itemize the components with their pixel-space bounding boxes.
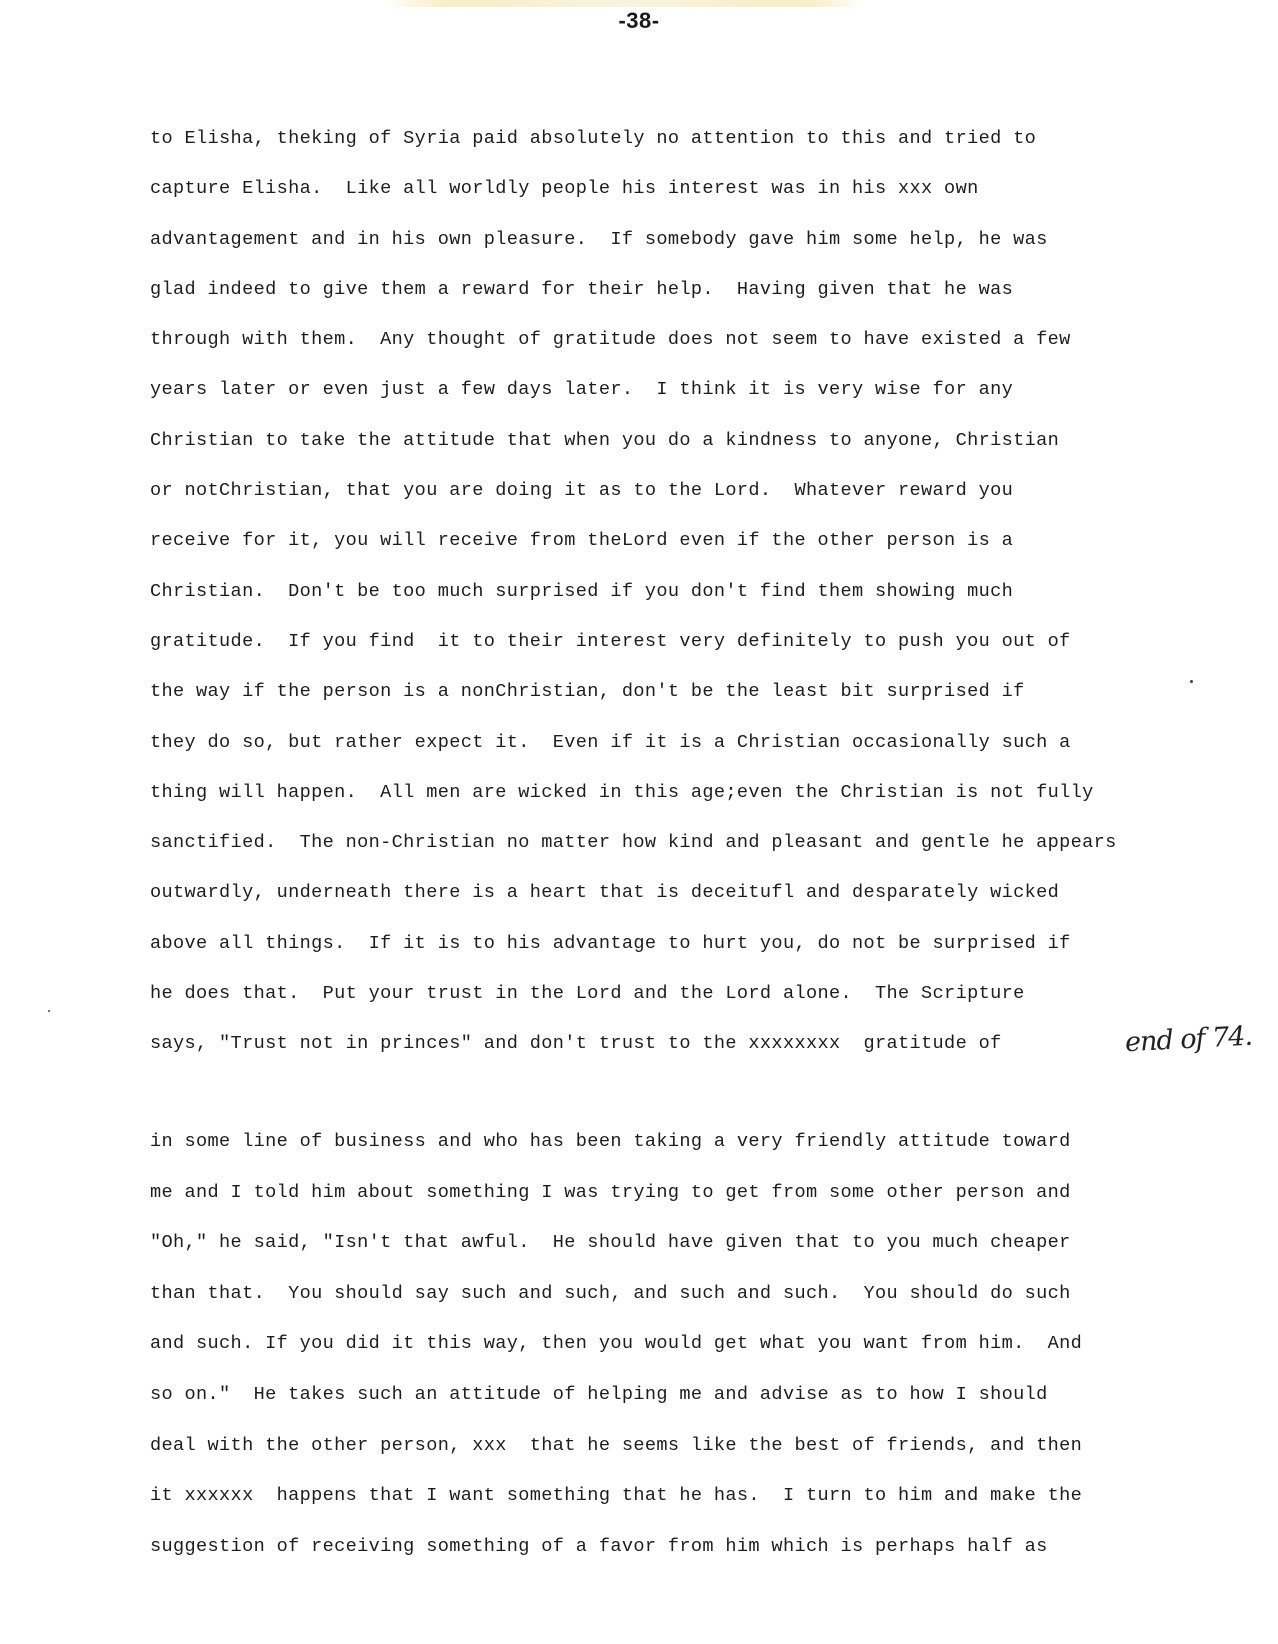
text-line: it xxxxxx happens that I want something … — [150, 1485, 1210, 1536]
scan-speck — [1190, 680, 1193, 683]
text-line: receive for it, you will receive from th… — [150, 530, 1210, 580]
text-line: outwardly, underneath there is a heart t… — [150, 882, 1210, 932]
text-line: suggestion of receiving something of a f… — [150, 1536, 1210, 1587]
scan-speck — [48, 1010, 50, 1012]
text-line: in some line of business and who has bee… — [150, 1131, 1210, 1182]
text-line: thing will happen. All men are wicked in… — [150, 782, 1210, 832]
text-line: or notChristian, that you are doing it a… — [150, 480, 1210, 530]
text-line: capture Elisha. Like all worldly people … — [150, 178, 1210, 228]
text-line: advantagement and in his own pleasure. I… — [150, 229, 1210, 279]
text-line: "Oh," he said, "Isn't that awful. He sho… — [150, 1232, 1210, 1283]
text-line: he does that. Put your trust in the Lord… — [150, 983, 1210, 1033]
text-line: sanctified. The non-Christian no matter … — [150, 832, 1210, 882]
text-block-2: in some line of business and who has bee… — [150, 1131, 1210, 1586]
text-line: than that. You should say such and such,… — [150, 1283, 1210, 1334]
text-line: they do so, but rather expect it. Even i… — [150, 732, 1210, 782]
text-line: to Elisha, theking of Syria paid absolut… — [150, 128, 1210, 178]
handwritten-annotation: end of 74. — [1124, 1021, 1252, 1059]
text-line: through with them. Any thought of gratit… — [150, 329, 1210, 379]
text-line: and such. If you did it this way, then y… — [150, 1333, 1210, 1384]
text-line: Christian to take the attitude that when… — [150, 430, 1210, 480]
text-line: says, "Trust not in princes" and don't t… — [150, 1033, 1210, 1083]
text-line: Christian. Don't be too much surprised i… — [150, 581, 1210, 631]
text-line: years later or even just a few days late… — [150, 379, 1210, 429]
text-block-1: to Elisha, theking of Syria paid absolut… — [150, 128, 1210, 1084]
text-line: glad indeed to give them a reward for th… — [150, 279, 1210, 329]
page-number: -38- — [0, 8, 1278, 34]
text-line: gratitude. If you find it to their inter… — [150, 631, 1210, 681]
text-line: the way if the person is a nonChristian,… — [150, 681, 1210, 731]
scan-artifact-strip — [385, 0, 865, 7]
text-line: so on." He takes such an attitude of hel… — [150, 1384, 1210, 1435]
text-line: deal with the other person, xxx that he … — [150, 1435, 1210, 1486]
text-line: me and I told him about something I was … — [150, 1182, 1210, 1233]
text-line: above all things. If it is to his advant… — [150, 933, 1210, 983]
